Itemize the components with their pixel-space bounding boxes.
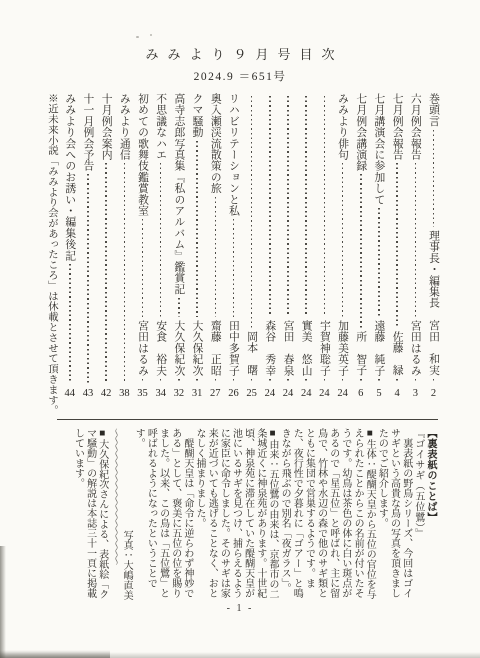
dotted-leader [246, 376, 257, 386]
toc-entry-author: 大久保紀次 [173, 320, 184, 376]
toc-entry-author: 佐藤 緑 [392, 331, 403, 376]
toc-entry-title: 不思議なハエ [155, 93, 166, 160]
toc-entry-title: 巻頭言 [428, 93, 439, 127]
dotted-leader [192, 376, 203, 386]
toc-entry-page: 24 [283, 386, 294, 400]
toc-entry: クマ騒動 大久保紀次 31 [192, 93, 203, 399]
dotted-leader [82, 171, 93, 385]
toc-entry-page: 44 [65, 386, 76, 400]
dotted-leader [283, 93, 294, 320]
toc-entry-title: みみより俳句 [337, 93, 348, 160]
toc-entry-author: 齋藤 正昭 [210, 320, 221, 376]
dotted-leader [337, 376, 348, 386]
scan-speck [150, 34, 152, 36]
toc-entry: 宮田 春泉 24 [283, 93, 294, 399]
dotted-leader [428, 376, 439, 386]
toc-entry-page: 27 [210, 386, 221, 400]
dotted-leader [410, 376, 421, 386]
dotted-leader [228, 376, 239, 386]
toc-entry: みみより会へのお誘い・編集後記 44 [64, 93, 75, 399]
dotted-leader [283, 376, 294, 386]
toc-entry-title: 高寺志郎写真集『私のアルバム』鑑賞記 [173, 93, 184, 295]
toc-entry-page: 24 [265, 386, 276, 400]
toc-entry-author: 實美 悠山 [301, 320, 312, 376]
toc-suspension-note: ※近未来小説「みみより会があったころ」は休載とさせて頂きます。 [45, 93, 57, 417]
photo-credit: 写真：大嶋直美 [120, 428, 132, 600]
page-title: みみより９月号目次 [0, 44, 480, 63]
dotted-leader [137, 216, 148, 319]
page-number: - 1 - [0, 603, 480, 614]
toc-entry-page: 3 [413, 386, 418, 400]
scanned-page: みみより９月号目次 2024.9 ＝651号 巻頭言 理事長・編集長 宮田 和実… [0, 0, 480, 658]
dotted-leader [355, 171, 366, 330]
toc-entry-page: 24 [319, 386, 330, 400]
toc-entry-author: 田中多賀子 [228, 320, 239, 376]
toc-entry-page: 32 [174, 386, 185, 400]
toc-entry-page: 26 [228, 386, 239, 400]
toc-entry-page: 6 [358, 386, 363, 400]
toc-entry-page: 38 [119, 386, 130, 400]
dotted-leader [228, 216, 239, 319]
toc-entry-author: 所 智子 [355, 331, 366, 376]
toc-entry-author: 宮田はるみ [137, 320, 148, 376]
dotted-leader [319, 376, 330, 386]
toc-entry-page: 4 [395, 386, 400, 400]
toc-entry-page: 5 [376, 386, 381, 400]
toc-entry-author: 理事長・編集長 宮田 和実 [428, 230, 439, 376]
page-header: みみより９月号目次 2024.9 ＝651号 [0, 44, 480, 84]
toc-entry: 森谷 秀幸 24 [264, 93, 275, 399]
cover-art-postscript: ■大久保紀次さんによる、表紙絵「クマ騒動」の解説は本誌三十一頁に掲載しています。 [71, 428, 107, 600]
toc-entry-page: 2 [431, 386, 436, 400]
toc-entry-title: 十月例会案内 [101, 93, 112, 160]
toc-entry-title: 奥入瀬渓流散策の旅 [210, 93, 221, 194]
back-cover-paragraph: 裏表紙の野鳥シリーズ、今回はゴイサギという高貴な鳥の写真を頂きましたのでご紹介し… [375, 428, 411, 600]
toc-entry: 七月講演会に参加して 遠藤 純子 5 [373, 93, 384, 399]
dotted-leader [355, 376, 366, 386]
dotted-leader [319, 93, 330, 320]
toc-entry-title: みみより通信 [119, 93, 130, 160]
toc-entry-author: 大久保紀次 [192, 320, 203, 376]
dotted-leader [210, 376, 221, 386]
dotted-leader [301, 376, 312, 386]
dotted-leader [192, 138, 203, 320]
toc-entry: みみより通信 38 [119, 93, 130, 399]
back-cover-subject: 『ゴイサギ（五位鷺）』 [412, 428, 424, 600]
toc-entry-page: 35 [137, 386, 148, 400]
dotted-leader [101, 160, 112, 385]
scan-shadow-left [0, 546, 6, 658]
toc-entry-page: 25 [246, 386, 257, 400]
dotted-leader [155, 376, 166, 386]
dotted-leader [301, 93, 312, 320]
dotted-leader [173, 295, 184, 320]
toc-entry-author: 宮田 春泉 [283, 320, 294, 376]
toc-entry: リハビリテーションと私 田中多賀子 26 [228, 93, 239, 399]
toc-entry-page: 31 [192, 386, 203, 400]
dotted-leader [410, 160, 421, 319]
scan-shadow-corner [0, 650, 110, 658]
dotted-leader [373, 205, 384, 320]
dotted-leader [119, 160, 130, 385]
toc-entry: 七月例会講演録 所 智子 6 [355, 93, 366, 399]
wavy-divider: ～～～～～～～～～～～～～～～～～～ [108, 428, 120, 600]
toc-entry: 不思議なハエ 安食 裕夫 34 [155, 93, 166, 399]
toc-entry: 十月例会案内 42 [101, 93, 112, 399]
toc-entry: 奥入瀬渓流散策の旅 齋藤 正昭 27 [210, 93, 221, 399]
toc-entry-title: 六月例会報告 [410, 93, 421, 160]
dotted-leader [64, 261, 75, 386]
toc-entry: 實美 悠山 24 [301, 93, 312, 399]
dotted-leader [155, 160, 166, 319]
toc-entry-page: 42 [101, 386, 112, 400]
toc-entry-page: 24 [337, 386, 348, 400]
section-divider [57, 419, 438, 420]
dotted-leader [246, 93, 257, 331]
toc-entry-title: 七月例会報告 [392, 93, 403, 160]
toc-entry-author: 遠藤 純子 [373, 320, 384, 376]
back-cover-heading: 【裏表紙のことば】 [424, 428, 436, 600]
toc-entry: 高寺志郎写真集『私のアルバム』鑑賞記 大久保紀次 32 [173, 93, 184, 399]
dotted-leader [392, 376, 403, 386]
toc-entry-author: 加藤美英子 [337, 320, 348, 376]
toc-entry-page: 24 [301, 386, 312, 400]
toc-entry: 十一月例会予告 43 [82, 93, 93, 399]
toc-entry-title: 初めての歌舞伎鑑賞教室 [137, 93, 148, 216]
issue-number: 2024.9 ＝651号 [0, 68, 480, 84]
toc-entry: 七月例会報告 佐藤 緑 4 [392, 93, 403, 399]
toc-entry: 初めての歌舞伎鑑賞教室 宮田はるみ 35 [137, 93, 148, 399]
toc-entry: 宇賀神聡子 24 [319, 93, 330, 399]
toc-entry: みみより俳句 加藤美英子 24 [337, 93, 348, 399]
dotted-leader [210, 194, 221, 320]
scan-speck [136, 36, 139, 38]
back-cover-paragraph: ■由来：五位鷺の由来は、京都市の二条城近くに神泉苑があります。十世紀頃、神泉苑に… [193, 428, 278, 600]
toc-entry-author: 宇賀神聡子 [319, 320, 330, 376]
dotted-leader [373, 376, 384, 386]
dotted-leader [337, 160, 348, 319]
toc-entry-author: 森谷 秀幸 [264, 320, 275, 376]
dotted-leader [137, 376, 148, 386]
toc-entry-title: 七月例会講演録 [355, 93, 366, 171]
back-cover-paragraph: 醍醐天皇は「命令に逆らわず神妙である」として、褒美に五位の位を賜りました。以来、… [132, 428, 193, 600]
toc-entry-title: 十一月例会予告 [82, 93, 93, 171]
dotted-leader [392, 160, 403, 330]
back-cover-paragraph: ■生体：醍醐天皇から五位の官位を与えられたことからこの名前が付いたそうです。幼鳥… [278, 428, 375, 600]
toc-entry-page: 43 [83, 386, 94, 400]
back-cover-section: 【裏表紙のことば】 『ゴイサギ（五位鷺）』 裏表紙の野鳥シリーズ、今回はゴイサギ… [71, 428, 436, 600]
toc-entry-author: 宮田はるみ [410, 320, 421, 376]
dotted-leader [173, 376, 184, 386]
toc-entry-title: クマ騒動 [192, 93, 203, 138]
toc-entry-title: リハビリテーションと私 [228, 93, 239, 216]
dotted-leader [428, 127, 439, 230]
toc-entry: 巻頭言 理事長・編集長 宮田 和実 2 [428, 93, 439, 399]
toc-list: 巻頭言 理事長・編集長 宮田 和実 2 六月例会報告 宮田はるみ 3 七月例会報… [57, 93, 439, 399]
toc-entry-author: 安食 裕夫 [155, 320, 166, 376]
dotted-leader [264, 376, 275, 386]
toc-entry: 六月例会報告 宮田はるみ 3 [410, 93, 421, 399]
toc-entry: 岡本 曙 25 [246, 93, 257, 399]
toc-entry-title: 七月講演会に参加して [373, 93, 384, 205]
toc-entry-page: 34 [155, 386, 166, 400]
toc-entry-title: みみより会へのお誘い・編集後記 [64, 93, 75, 261]
dotted-leader [264, 93, 275, 320]
toc-entry-author: 岡本 曙 [246, 331, 257, 376]
